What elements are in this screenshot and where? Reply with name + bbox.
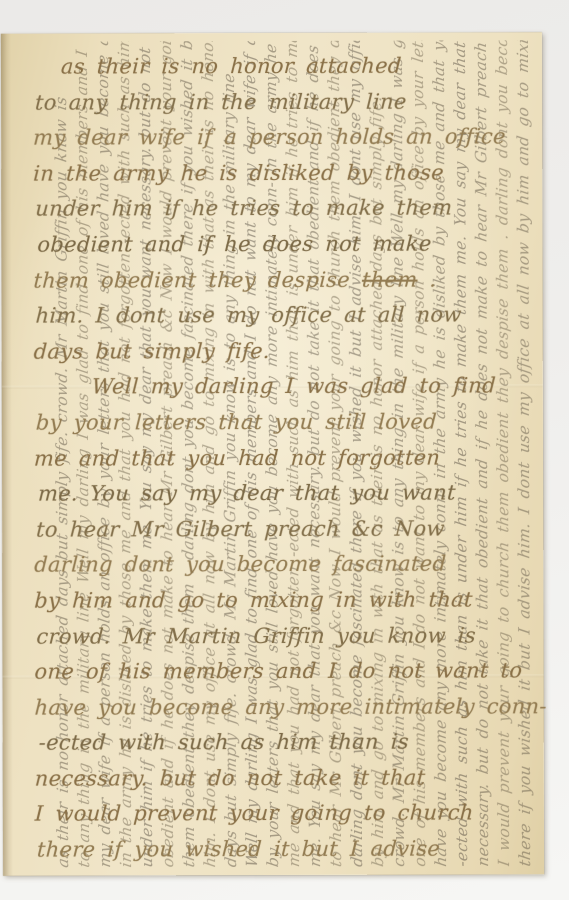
- letter-line: in the army he is disliked by those: [32, 155, 536, 192]
- letter-line: one of his members and I do not want to: [34, 653, 538, 690]
- letter-line: obedient and if he does not make: [37, 226, 537, 263]
- letter-line: -ected with such as him than is: [38, 725, 538, 762]
- letter-line: to hear Mr Gilbert preach &c Now: [35, 511, 537, 548]
- letter-line: them obedient they despise them .: [33, 262, 537, 299]
- letter-line: days but simply fife.: [33, 333, 537, 370]
- letter-line: my dear wife if a person holds an office: [32, 119, 536, 156]
- letter-line: me and that you had not forgotten: [33, 440, 537, 477]
- letter-line: there if you wished it but I advise: [36, 831, 538, 868]
- letter-line: by your letters that you still loved: [35, 404, 537, 441]
- letter-line: him. I dont use my office at all now: [35, 297, 537, 334]
- letter-line: me. You say my dear that you want: [37, 475, 537, 512]
- letter-line: to any thing in the military line: [34, 84, 536, 121]
- letter-line: by him and go to mixing in with that: [33, 582, 537, 619]
- letter-line: crowd. Mr Martin Griffin you know is: [36, 618, 538, 655]
- letter-line: Well my darling I was glad to find: [91, 369, 537, 406]
- binding-shadow: [1, 34, 13, 876]
- letter-page: as their is no honor attached days but s…: [1, 32, 544, 875]
- letter-line: darling dont you become fascinated: [33, 547, 537, 584]
- letter-line: as their is no honor attached: [60, 48, 536, 85]
- struck-word: them: [361, 267, 418, 291]
- letter-line: under him if he tries to make them: [34, 191, 536, 228]
- letter-line: have you become any more intimately conn…: [34, 689, 538, 726]
- letter-line: I would prevent your going to church: [34, 796, 538, 833]
- letter-line: necessary. but do not take it that: [34, 760, 538, 797]
- letter-text: as their is no honor attachedto any thin…: [33, 48, 537, 868]
